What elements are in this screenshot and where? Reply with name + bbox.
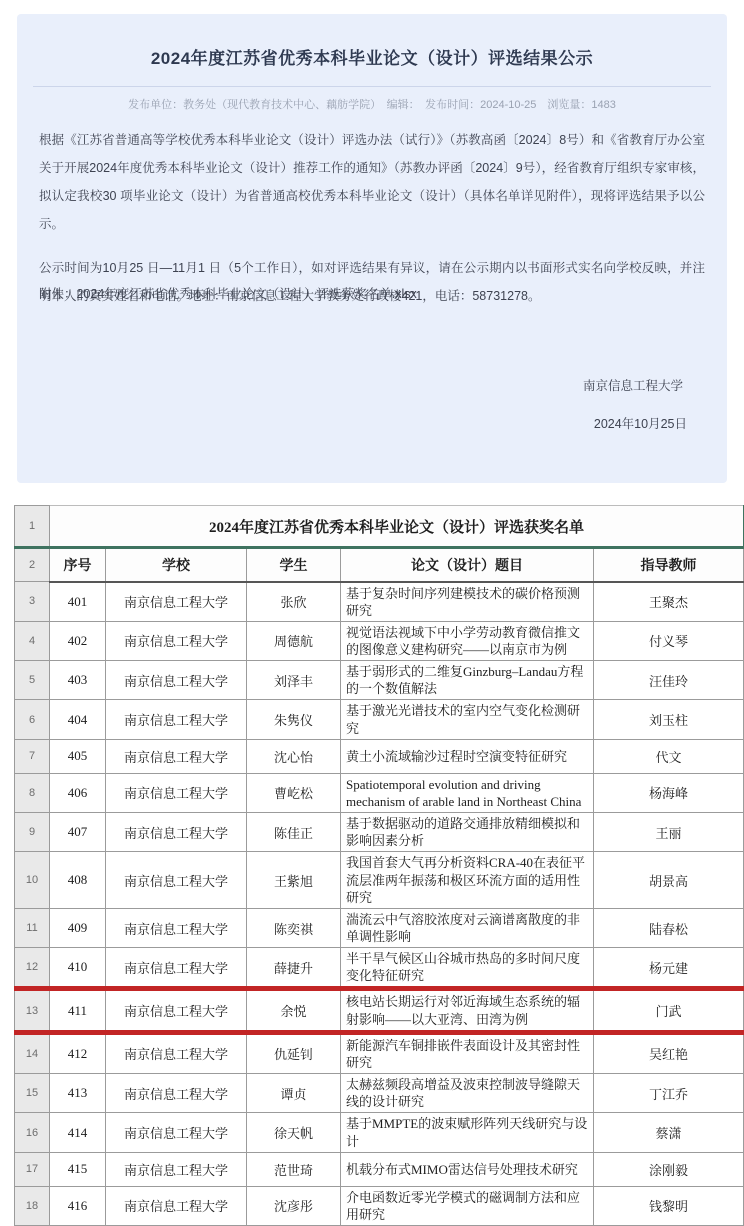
table-row: 3 401 南京信息工程大学 张欣 基于复杂时间序列建模技术的碳价格预测研究 王… [15,582,744,622]
row-number: 7 [15,739,50,773]
cell-no: 414 [50,1113,106,1152]
cell-school: 南京信息工程大学 [106,1074,247,1113]
cell-no: 415 [50,1152,106,1186]
cell-title: 半干旱气候区山谷城市热岛的多时间尺度变化特征研究 [341,948,594,989]
col-header-advisor: 指导教师 [594,548,744,582]
col-header-student: 学生 [247,548,341,582]
table-row: 8 406 南京信息工程大学 曹屹松 Spatiotemporal evolut… [15,773,744,812]
cell-student: 范世琦 [247,1152,341,1186]
table-row: 17 415 南京信息工程大学 范世琦 机载分布式MIMO雷达信号处理技术研究 … [15,1152,744,1186]
cell-student: 沈心怡 [247,739,341,773]
cell-school: 南京信息工程大学 [106,582,247,622]
cell-school: 南京信息工程大学 [106,661,247,700]
table-row: 18 416 南京信息工程大学 沈彦彤 介电函数近零光学模式的磁调制方法和应用研… [15,1186,744,1225]
cell-student: 曹屹松 [247,773,341,812]
cell-student: 刘泽丰 [247,661,341,700]
cell-title: 基于MMPTE的波束赋形阵列天线研究与设计 [341,1113,594,1152]
cell-advisor: 王聚杰 [594,582,744,622]
table-row: 5 403 南京信息工程大学 刘泽丰 基于弱形式的二维复Ginzburg–Lan… [15,661,744,700]
col-header-title: 论文（设计）题目 [341,548,594,582]
col-header-no: 序号 [50,548,106,582]
row-number: 9 [15,813,50,852]
row-number: 14 [15,1032,50,1073]
cell-no: 402 [50,621,106,660]
cell-title: 机载分布式MIMO雷达信号处理技术研究 [341,1152,594,1186]
row-number: 15 [15,1074,50,1113]
cell-school: 南京信息工程大学 [106,621,247,660]
cell-title: 湍流云中气溶胶浓度对云滴谱离散度的非单调性影响 [341,908,594,947]
col-header-school: 学校 [106,548,247,582]
cell-advisor: 刘玉柱 [594,700,744,739]
cell-school: 南京信息工程大学 [106,773,247,812]
cell-advisor: 杨元建 [594,948,744,989]
cell-student: 王紫旭 [247,852,341,908]
cell-title: 黄土小流域输沙过程时空演变特征研究 [341,739,594,773]
cell-advisor: 涂刚毅 [594,1152,744,1186]
row-number: 11 [15,908,50,947]
cell-school: 南京信息工程大学 [106,989,247,1032]
table-row: 4 402 南京信息工程大学 周德航 视觉语法视域下中小学劳动教育微信推文的图像… [15,621,744,660]
cell-no: 408 [50,852,106,908]
table-row-highlighted: 13 411 南京信息工程大学 余悦 核电站长期运行对邻近海域生态系统的辐射影响… [15,989,744,1032]
cell-no: 412 [50,1032,106,1073]
row-number: 13 [15,989,50,1032]
cell-no: 401 [50,582,106,622]
cell-title: 基于弱形式的二维复Ginzburg–Landau方程的一个数值解法 [341,661,594,700]
row-number: 12 [15,948,50,989]
cell-school: 南京信息工程大学 [106,813,247,852]
cell-no: 404 [50,700,106,739]
cell-title: 我国首套大气再分析资料CRA-40在表征平流层准两年振荡和极区环流方面的适用性研… [341,852,594,908]
signer-name: 南京信息工程大学 [583,376,683,394]
row-number: 8 [15,773,50,812]
cell-title: 基于复杂时间序列建模技术的碳价格预测研究 [341,582,594,622]
cell-no: 403 [50,661,106,700]
cell-title: 介电函数近零光学模式的磁调制方法和应用研究 [341,1186,594,1225]
cell-student: 朱隽仪 [247,700,341,739]
cell-no: 405 [50,739,106,773]
cell-title: Spatiotemporal evolution and driving mec… [341,773,594,812]
cell-title: 核电站长期运行对邻近海域生态系统的辐射影响——以大亚湾、田湾为例 [341,989,594,1032]
cell-advisor: 吴红艳 [594,1032,744,1073]
cell-advisor: 蔡潇 [594,1113,744,1152]
cell-advisor: 王丽 [594,813,744,852]
attachment-link[interactable]: 附件：2024年度江苏省优秀本科毕业论文（设计）评选获奖名单.xlsx [39,284,417,302]
cell-title: 太赫兹频段高增益及波束控制波导缝隙天线的设计研究 [341,1074,594,1113]
cell-school: 南京信息工程大学 [106,852,247,908]
cell-advisor: 代文 [594,739,744,773]
table-row: 11 409 南京信息工程大学 陈奕祺 湍流云中气溶胶浓度对云滴谱离散度的非单调… [15,908,744,947]
row-number: 10 [15,852,50,908]
row-number: 17 [15,1152,50,1186]
row-number: 18 [15,1186,50,1225]
cell-advisor: 杨海峰 [594,773,744,812]
announcement-meta: 发布单位：教务处（现代教育技术中心、藕舫学院） 编辑： 发布时间：2024-10… [17,96,727,112]
cell-school: 南京信息工程大学 [106,1186,247,1225]
table-title: 2024年度江苏省优秀本科毕业论文（设计）评选获奖名单 [50,506,744,548]
cell-school: 南京信息工程大学 [106,739,247,773]
cell-student: 张欣 [247,582,341,622]
table-row: 9 407 南京信息工程大学 陈佳正 基于数据驱动的道路交通排放精细模拟和影响因… [15,813,744,852]
table-row: 6 404 南京信息工程大学 朱隽仪 基于激光光谱技术的室内空气变化检测研究 刘… [15,700,744,739]
cell-student: 仇延钊 [247,1032,341,1073]
cell-school: 南京信息工程大学 [106,1032,247,1073]
table-row: 10 408 南京信息工程大学 王紫旭 我国首套大气再分析资料CRA-40在表征… [15,852,744,908]
cell-school: 南京信息工程大学 [106,1113,247,1152]
title-divider [33,86,711,87]
row-number: 16 [15,1113,50,1152]
cell-title: 基于数据驱动的道路交通排放精细模拟和影响因素分析 [341,813,594,852]
cell-school: 南京信息工程大学 [106,700,247,739]
announcement-panel: 2024年度江苏省优秀本科毕业论文（设计）评选结果公示 发布单位：教务处（现代教… [17,14,727,483]
table-row: 15 413 南京信息工程大学 谭贞 太赫兹频段高增益及波束控制波导缝隙天线的设… [15,1074,744,1113]
table-row: 12 410 南京信息工程大学 薛捷升 半干旱气候区山谷城市热岛的多时间尺度变化… [15,948,744,989]
cell-no: 411 [50,989,106,1032]
award-table: 1 2024年度江苏省优秀本科毕业论文（设计）评选获奖名单 2 序号 学校 学生… [14,505,744,1226]
cell-title: 新能源汽车铜排嵌件表面设计及其密封性研究 [341,1032,594,1073]
cell-student: 谭贞 [247,1074,341,1113]
award-table-section: 1 2024年度江苏省优秀本科毕业论文（设计）评选获奖名单 2 序号 学校 学生… [14,505,744,1226]
cell-student: 周德航 [247,621,341,660]
row-number: 3 [15,582,50,622]
cell-student: 薛捷升 [247,948,341,989]
cell-school: 南京信息工程大学 [106,948,247,989]
announcement-title: 2024年度江苏省优秀本科毕业论文（设计）评选结果公示 [41,44,703,69]
row-number: 2 [15,548,50,582]
table-header-row: 2 序号 学校 学生 论文（设计）题目 指导教师 [15,548,744,582]
table-title-row: 1 2024年度江苏省优秀本科毕业论文（设计）评选获奖名单 [15,506,744,548]
row-number: 1 [15,506,50,548]
cell-student: 陈奕祺 [247,908,341,947]
cell-student: 陈佳正 [247,813,341,852]
sign-date: 2024年10月25日 [594,414,687,432]
table-row: 16 414 南京信息工程大学 徐天帆 基于MMPTE的波束赋形阵列天线研究与设… [15,1113,744,1152]
cell-no: 409 [50,908,106,947]
cell-school: 南京信息工程大学 [106,1152,247,1186]
cell-no: 406 [50,773,106,812]
announcement-paragraph-1: 根据《江苏省普通高等学校优秀本科毕业论文（设计）评选办法（试行）》（苏教高函〔2… [39,126,705,238]
cell-no: 413 [50,1074,106,1113]
cell-advisor: 钱黎明 [594,1186,744,1225]
row-number: 5 [15,661,50,700]
cell-no: 407 [50,813,106,852]
cell-no: 416 [50,1186,106,1225]
cell-advisor: 门武 [594,989,744,1032]
row-number: 4 [15,621,50,660]
cell-advisor: 付义琴 [594,621,744,660]
cell-student: 余悦 [247,989,341,1032]
cell-title: 视觉语法视域下中小学劳动教育微信推文的图像意义建构研究——以南京市为例 [341,621,594,660]
cell-title: 基于激光光谱技术的室内空气变化检测研究 [341,700,594,739]
cell-advisor: 丁江乔 [594,1074,744,1113]
cell-no: 410 [50,948,106,989]
cell-advisor: 陆春松 [594,908,744,947]
cell-student: 徐天帆 [247,1113,341,1152]
table-row: 14 412 南京信息工程大学 仇延钊 新能源汽车铜排嵌件表面设计及其密封性研究… [15,1032,744,1073]
table-row: 7 405 南京信息工程大学 沈心怡 黄土小流域输沙过程时空演变特征研究 代文 [15,739,744,773]
cell-advisor: 汪佳玲 [594,661,744,700]
page: 2024年度江苏省优秀本科毕业论文（设计）评选结果公示 发布单位：教务处（现代教… [0,0,744,1226]
cell-student: 沈彦彤 [247,1186,341,1225]
cell-advisor: 胡景高 [594,852,744,908]
cell-school: 南京信息工程大学 [106,908,247,947]
row-number: 6 [15,700,50,739]
